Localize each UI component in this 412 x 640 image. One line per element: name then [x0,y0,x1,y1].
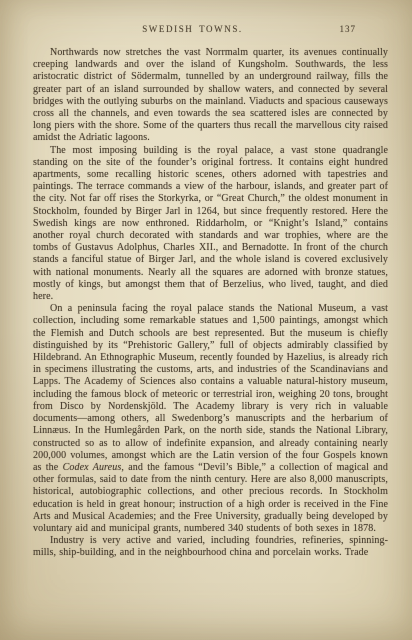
page-body: Northwards now stretches the vast Norrma… [33,47,388,560]
page-header: SWEDISH TOWNS. 137 [33,23,388,36]
page-number: 137 [340,23,357,36]
paragraph-norrmalm-quarter: Northwards now stretches the vast Norrma… [33,47,388,145]
paragraph-industry: Industry is very active and varied, incl… [33,535,388,559]
paragraph-royal-palace: The most imposing building is the royal … [33,145,388,304]
book-page-scan: SWEDISH TOWNS. 137 Northwards now stretc… [0,0,412,640]
paragraph-national-museum: On a peninsula facing the royal palace s… [33,303,388,535]
running-header-title: SWEDISH TOWNS. [33,23,352,36]
codex-aureus-italic: Codex Aureus [63,462,122,473]
paragraph-national-museum-text: On a peninsula facing the royal palace s… [33,303,388,473]
